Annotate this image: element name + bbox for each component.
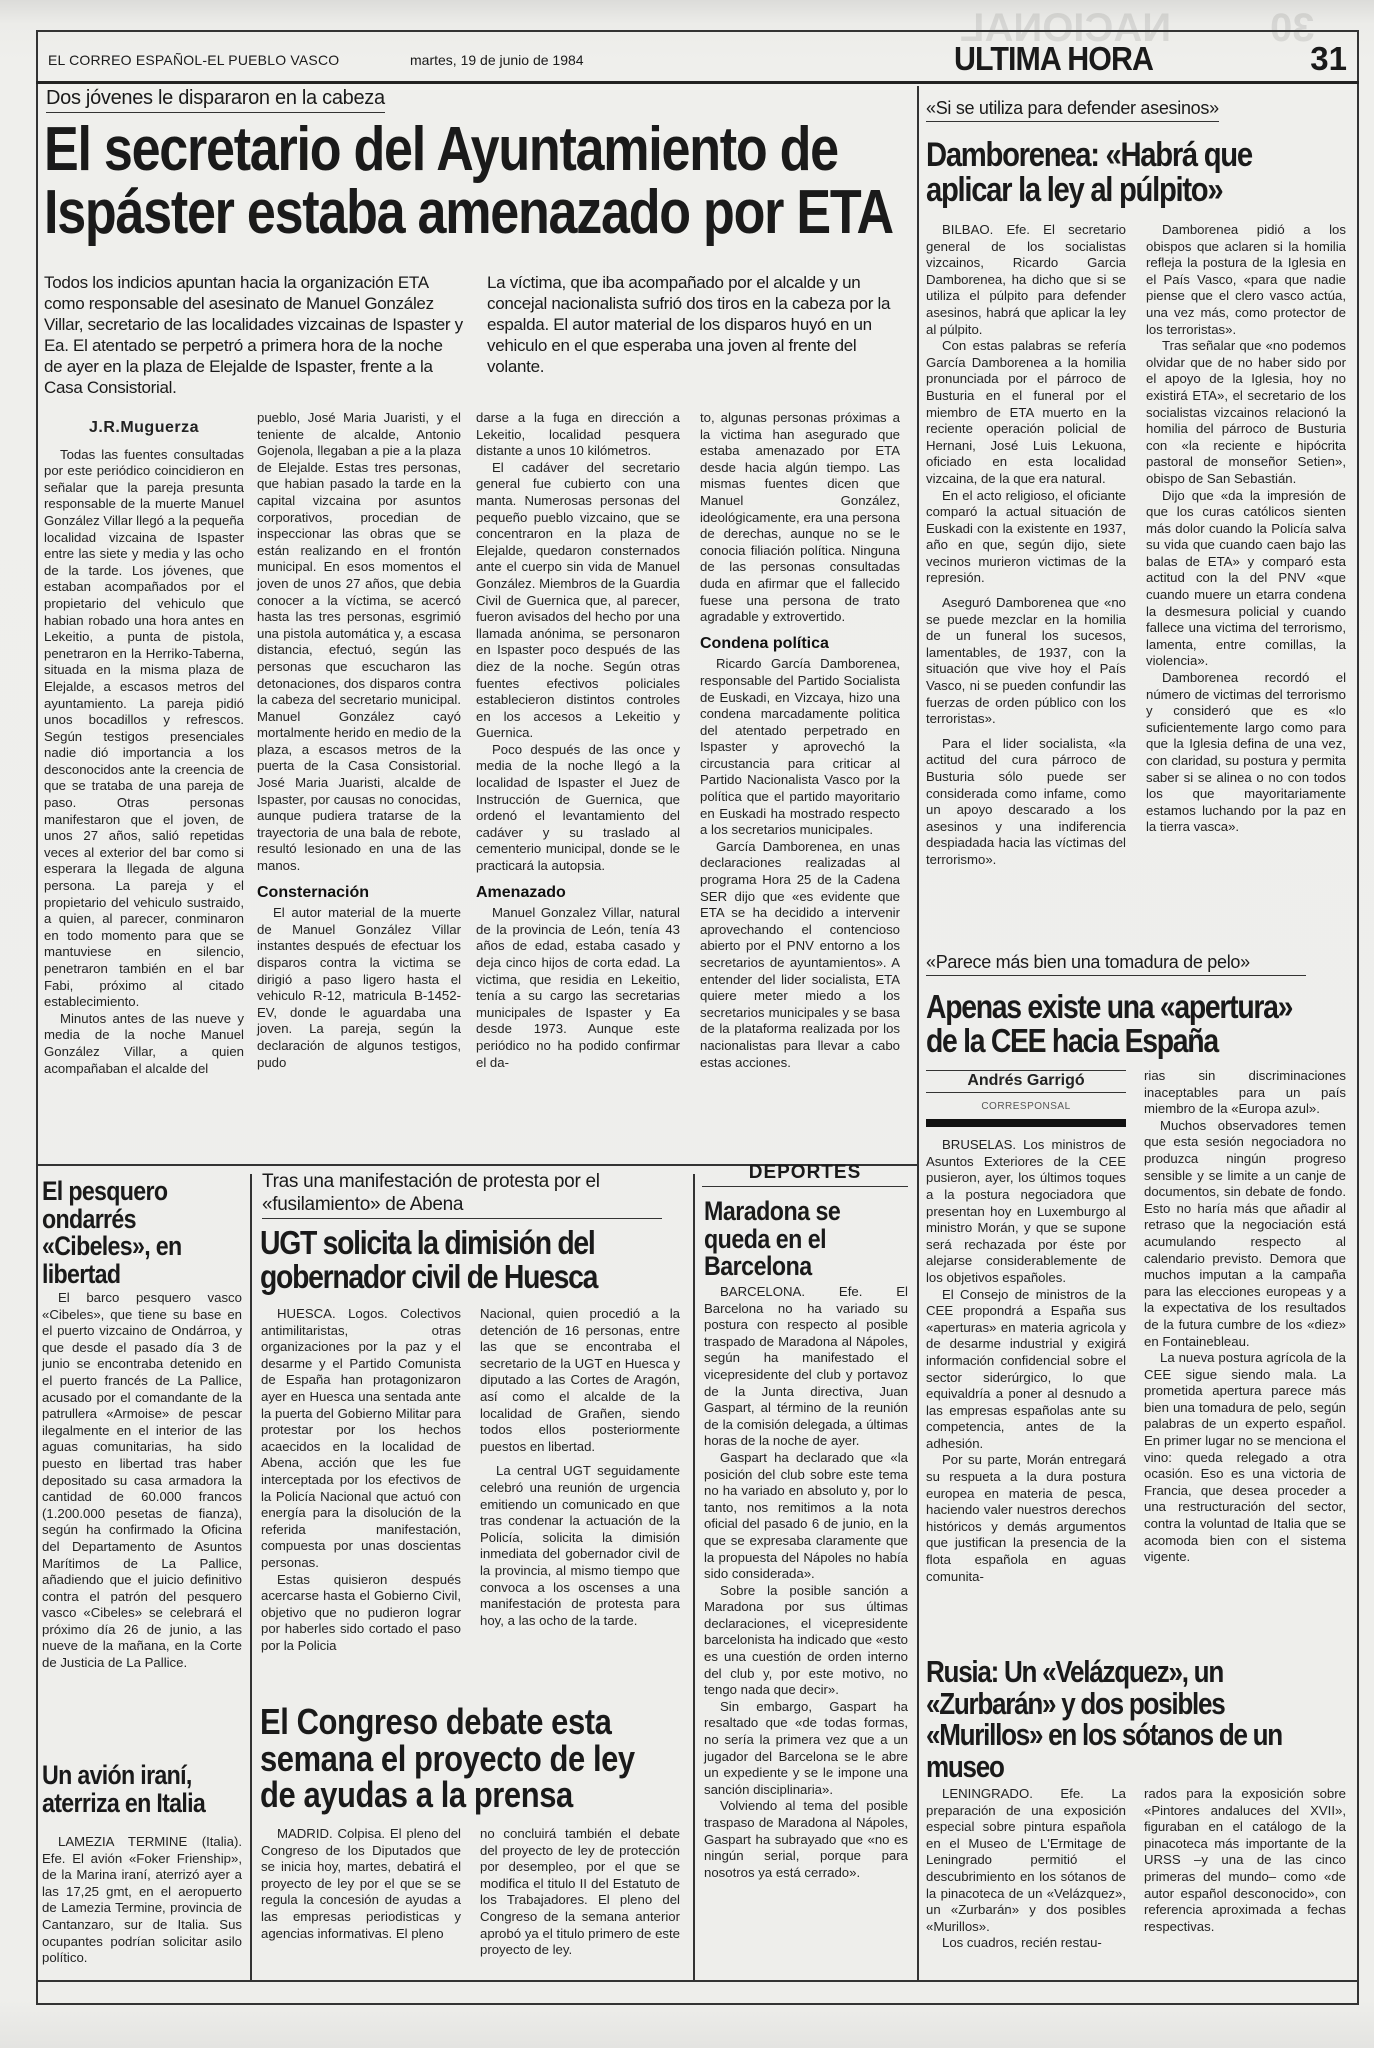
paragraph: to, algunas personas próximas a la victi… bbox=[700, 410, 900, 626]
paragraph: Los cuadros, recién restau- bbox=[926, 1935, 1126, 1952]
cibeles-body: El barco pesquero vasco «Cibeles», que t… bbox=[42, 1290, 242, 1672]
paragraph: Nacional, quien procedió a la detención … bbox=[480, 1306, 680, 1455]
cee-byline: Andrés Garrigó bbox=[926, 1070, 1126, 1093]
congreso-col-1: MADRID. Colpisa. El pleno del Congreso d… bbox=[261, 1826, 461, 1942]
paragraph: Manuel Gonzalez Villar, natural de la pr… bbox=[476, 905, 680, 1071]
paragraph: no concluirá también el debate del proye… bbox=[480, 1826, 680, 1959]
issue-date: martes, 19 de junio de 1984 bbox=[410, 52, 584, 68]
paragraph: Damborenea pidió a los obispos que aclar… bbox=[1146, 222, 1346, 338]
lead-col-1: J.R.Muguerza Todas las fuentes consultad… bbox=[44, 420, 244, 1077]
damborenea-col-2: Damborenea pidió a los obispos que aclar… bbox=[1146, 222, 1346, 836]
lead-headline: El secretario del Ayuntamiento de Ispást… bbox=[44, 118, 893, 244]
paragraph: Muchos observadores temen que esta sesió… bbox=[1144, 1118, 1346, 1350]
paragraph: Sin embargo, Gaspart ha resaltado que «d… bbox=[704, 1699, 908, 1799]
lead-byline: J.R.Muguerza bbox=[44, 420, 244, 437]
deportes-headline: Maradona se queda en el Barcelona bbox=[704, 1198, 840, 1281]
congreso-col-2: no concluirá también el debate del proye… bbox=[480, 1826, 680, 1959]
paragraph: Sobre la posible sanción a Maradona por … bbox=[704, 1583, 908, 1699]
paragraph: El barco pesquero vasco «Cibeles», que t… bbox=[42, 1290, 242, 1672]
damborenea-col-1: BILBAO. Efe. El secretario general de lo… bbox=[926, 222, 1126, 869]
ugt-col-1: HUESCA. Logos. Colectivos antimilitarist… bbox=[261, 1306, 461, 1654]
paragraph: En el acto religioso, el oficiante compa… bbox=[926, 488, 1126, 588]
ugt-headline: UGT solicita la dimisión del gobernador … bbox=[260, 1226, 597, 1293]
bottom-rule bbox=[36, 1980, 1359, 1982]
byline-bar bbox=[926, 1119, 1126, 1127]
paragraph: rados para la exposición sobre «Pintores… bbox=[1144, 1786, 1346, 1935]
paragraph: darse a la fuga en dirección a Lekeitio,… bbox=[476, 410, 680, 460]
lead-kicker: Dos jóvenes le dispararon en la cabeza bbox=[46, 87, 385, 113]
column-divider bbox=[917, 1164, 919, 1980]
paragraph: Con estas palabras se refería García Dam… bbox=[926, 338, 1126, 487]
section-title: ULTIMA HORA bbox=[954, 40, 1153, 78]
paragraph: BRUSELAS. Los ministros de Asuntos Exter… bbox=[926, 1137, 1126, 1286]
paragraph: García Damborenea, en unas declaraciones… bbox=[700, 839, 900, 1071]
deportes-section-label: DEPORTES bbox=[702, 1162, 908, 1187]
newspaper-name: EL CORREO ESPAÑOL-EL PUEBLO VASCO bbox=[48, 52, 339, 68]
damborenea-headline: Damborenea: «Habrá que aplicar la ley al… bbox=[926, 138, 1252, 207]
paragraph: El Consejo de ministros de la CEE propon… bbox=[926, 1287, 1126, 1453]
lead-dek-right: La víctima, que iba acompañado por el al… bbox=[487, 272, 909, 377]
paragraph: MADRID. Colpisa. El pleno del Congreso d… bbox=[261, 1826, 461, 1942]
paragraph: Ricardo García Damborenea, responsable d… bbox=[700, 656, 900, 839]
cee-kicker: «Parece más bien una tomadura de pelo» bbox=[926, 952, 1306, 976]
paragraph: Minutos antes de las nueve y media de la… bbox=[44, 1011, 244, 1077]
avion-body: LAMEZIA TERMINE (Italia). Efe. El avión … bbox=[42, 1834, 242, 1967]
paragraph: Todas las fuentes consultadas por este p… bbox=[44, 447, 244, 1011]
ugt-kicker: Tras una manifestación de protesta por e… bbox=[262, 1170, 662, 1219]
lead-col-2: pueblo, José Maria Juaristi, y el tenien… bbox=[257, 410, 461, 1071]
paragraph: Dijo que «da la impresión de que los cur… bbox=[1146, 488, 1346, 671]
paragraph: HUESCA. Logos. Colectivos antimilitarist… bbox=[261, 1306, 461, 1572]
paragraph: Para el lider socialista, «la actitud de… bbox=[926, 736, 1126, 869]
lead-dek-left: Todos los indicios apuntan hacia la orga… bbox=[44, 272, 464, 398]
newspaper-page: NACIONAL 30 EL CORREO ESPAÑOL-EL PUEBLO … bbox=[0, 0, 1374, 2048]
column-divider bbox=[250, 1174, 252, 1980]
paragraph: LENINGRADO. Efe. La preparación de una e… bbox=[926, 1786, 1126, 1935]
paragraph: Poco después de las once y media de la n… bbox=[476, 742, 680, 875]
paragraph: Aseguró Damborenea que «no se puede mezc… bbox=[926, 595, 1126, 728]
lead-col-4: to, algunas personas próximas a la victi… bbox=[700, 410, 900, 1071]
paragraph: El autor material de la muerte de Manuel… bbox=[257, 905, 461, 1071]
column-divider bbox=[917, 86, 919, 1164]
paragraph: pueblo, José Maria Juaristi, y el tenien… bbox=[257, 410, 461, 875]
cibeles-headline: El pesquero ondarrés «Cibeles», en liber… bbox=[42, 1178, 181, 1288]
paragraph: LAMEZIA TERMINE (Italia). Efe. El avión … bbox=[42, 1834, 242, 1967]
cee-col-2: rias sin discriminaciones inaceptables p… bbox=[1144, 1068, 1346, 1566]
paragraph: Por su parte, Morán entregará su respuet… bbox=[926, 1452, 1126, 1585]
cee-col-1: Andrés Garrigó CORRESPONSAL BRUSELAS. Lo… bbox=[926, 1070, 1126, 1585]
rusia-col-1: LENINGRADO. Efe. La preparación de una e… bbox=[926, 1786, 1126, 1952]
cee-byline-role: CORRESPONSAL bbox=[926, 1099, 1126, 1116]
deportes-body: BARCELONA. Efe. El Barcelona no ha varia… bbox=[704, 1284, 908, 1881]
avion-headline: Un avión iraní, aterriza en Italia bbox=[42, 1762, 205, 1817]
paragraph: La central UGT seguidamente celebró una … bbox=[480, 1463, 680, 1629]
paragraph: Damborenea recordó el número de victimas… bbox=[1146, 670, 1346, 836]
paragraph: Gaspart ha declarado que «la posición de… bbox=[704, 1450, 908, 1583]
damborenea-kicker: «Si se utiliza para defender asesinos» bbox=[926, 98, 1219, 122]
rusia-headline: Rusia: Un «Velázquez», un «Zurbarán» y d… bbox=[926, 1656, 1282, 1782]
paragraph: Tras señalar que «no podemos olvidar que… bbox=[1146, 338, 1346, 487]
cee-headline: Apenas existe una «apertura» de la CEE h… bbox=[926, 990, 1292, 1057]
paragraph: Estas quisieron después acercarse hasta … bbox=[261, 1572, 461, 1655]
masthead: EL CORREO ESPAÑOL-EL PUEBLO VASCO martes… bbox=[36, 38, 1359, 84]
page-number: 31 bbox=[1310, 40, 1347, 78]
paragraph: BARCELONA. Efe. El Barcelona no ha varia… bbox=[704, 1284, 908, 1450]
paragraph: La nueva postura agrícola de la CEE sigu… bbox=[1144, 1350, 1346, 1566]
lead-col-3: darse a la fuga en dirección a Lekeitio,… bbox=[476, 410, 680, 1071]
congreso-headline: El Congreso debate esta semana el proyec… bbox=[260, 1704, 635, 1814]
paragraph: BILBAO. Efe. El secretario general de lo… bbox=[926, 222, 1126, 338]
paragraph: Volviendo al tema del posible traspaso d… bbox=[704, 1798, 908, 1881]
ugt-col-2: Nacional, quien procedió a la detención … bbox=[480, 1306, 680, 1629]
subhead-consternacion: Consternación bbox=[257, 885, 461, 902]
rusia-col-2: rados para la exposición sobre «Pintores… bbox=[1144, 1786, 1346, 1935]
subhead-condena-politica: Condena política bbox=[700, 636, 900, 653]
column-divider bbox=[693, 1174, 695, 1980]
paragraph: El cadáver del secretario general fue cu… bbox=[476, 460, 680, 742]
paragraph: rias sin discriminaciones inaceptables p… bbox=[1144, 1068, 1346, 1118]
subhead-amenazado: Amenazado bbox=[476, 885, 680, 902]
